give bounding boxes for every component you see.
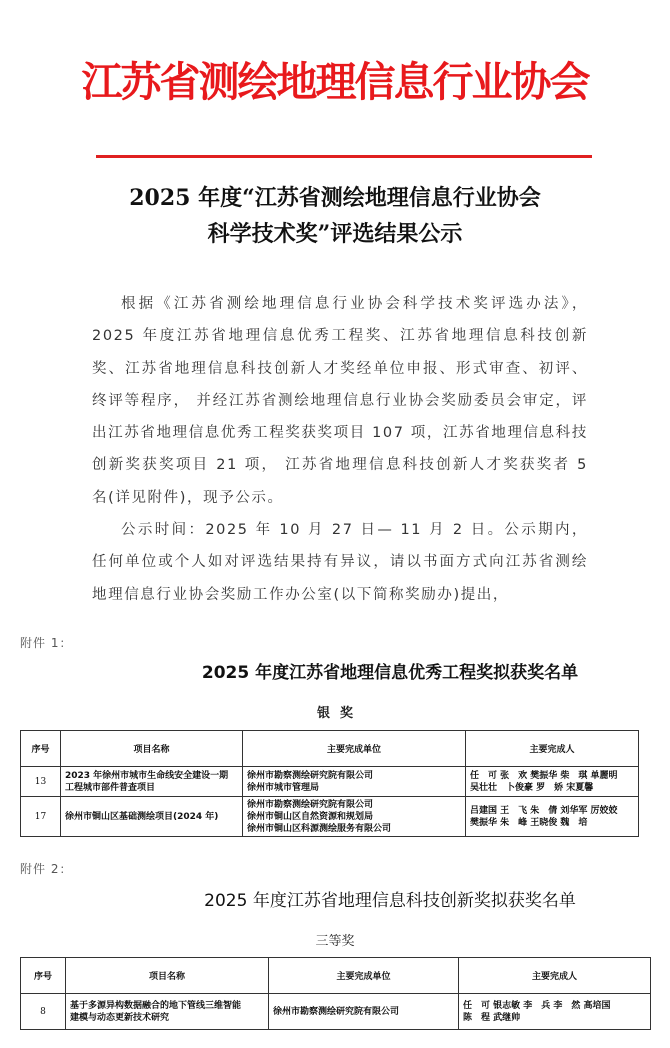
column-header-index: 序号 <box>21 731 61 767</box>
column-header-units: 主要完成单位 <box>269 958 459 994</box>
column-header-project: 项目名称 <box>61 731 243 767</box>
annex1-award-level: 银奖 <box>0 702 670 721</box>
project-line: 基于多源异构数据融合的地下管线三维智能 <box>70 1000 264 1012</box>
project-line: 徐州市铜山区基础测绘项目(2024 年) <box>65 811 238 823</box>
row-units: 徐州市勘察测绘研究院有限公司 徐州市铜山区自然资源和规划局 徐州市铜山区科源测绘… <box>243 797 466 837</box>
column-header-index: 序号 <box>21 958 66 994</box>
letterhead-red-rule <box>96 155 592 158</box>
document-title-line2: 科学技术奖”评选结果公示 <box>0 216 670 252</box>
unit-line: 徐州市勘察测绘研究院有限公司 <box>273 1006 454 1018</box>
row-units: 徐州市勘察测绘研究院有限公司 <box>269 994 459 1030</box>
project-line: 建模与动态更新技术研究 <box>70 1012 264 1024</box>
annex2-label: 附件 2： <box>20 860 72 877</box>
people-line: 吕建国 王 飞 朱 倩 刘华军 厉姣姣 <box>470 805 634 817</box>
annex1-label: 附件 1： <box>20 634 72 651</box>
column-header-project: 项目名称 <box>66 958 269 994</box>
body-paragraph-2: 公示时间：2025 年 10 月 27 日— 11 月 2 日。公示期内， 任何… <box>92 514 588 611</box>
project-line: 工程城市部件普查项目 <box>65 782 238 794</box>
row-people: 任 可 银志敏 李 兵 李 然 高培国 陈 程 武继帅 <box>459 994 651 1030</box>
column-header-people: 主要完成人 <box>459 958 651 994</box>
row-units: 徐州市勘察测绘研究院有限公司 徐州市城市管理局 <box>243 767 466 797</box>
annex2-award-level: 三等奖 <box>0 930 670 949</box>
body-paragraph-1: 根据《江苏省测绘地理信息行业协会科学技术奖评选办法》，2025 年度江苏省地理信… <box>92 288 588 514</box>
annex2-title: 2025 年度江苏省地理信息科技创新奖拟获奖名单 <box>140 886 640 911</box>
row-index: 17 <box>21 797 61 837</box>
table-header-row: 序号 项目名称 主要完成单位 主要完成人 <box>21 731 639 767</box>
project-line: 2023 年徐州市城市生命线安全建设一期 <box>65 770 238 782</box>
annex1-title: 2025 年度江苏省地理信息优秀工程奖拟获奖名单 <box>140 658 640 683</box>
people-line: 任 可 银志敏 李 兵 李 然 高培国 <box>463 1000 646 1012</box>
row-people: 任 可 张 欢 樊振华 柴 琪 单麗明 吴壮壮 卜俊豪 罗 娇 宋夏馨 <box>466 767 639 797</box>
annex2-table: 序号 项目名称 主要完成单位 主要完成人 8 基于多源异构数据融合的地下管线三维… <box>20 957 651 1030</box>
annex1-table: 序号 项目名称 主要完成单位 主要完成人 13 2023 年徐州市城市生命线安全… <box>20 730 639 837</box>
row-project: 徐州市铜山区基础测绘项目(2024 年) <box>61 797 243 837</box>
table-row: 8 基于多源异构数据融合的地下管线三维智能 建模与动态更新技术研究 徐州市勘察测… <box>21 994 651 1030</box>
table-row: 13 2023 年徐州市城市生命线安全建设一期 工程城市部件普查项目 徐州市勘察… <box>21 767 639 797</box>
row-project: 2023 年徐州市城市生命线安全建设一期 工程城市部件普查项目 <box>61 767 243 797</box>
letterhead-org-name: 江苏省测绘地理信息行业协会 <box>0 52 670 112</box>
table-row: 17 徐州市铜山区基础测绘项目(2024 年) 徐州市勘察测绘研究院有限公司 徐… <box>21 797 639 837</box>
unit-line: 徐州市城市管理局 <box>247 782 461 794</box>
people-line: 任 可 张 欢 樊振华 柴 琪 单麗明 <box>470 770 634 782</box>
row-index: 13 <box>21 767 61 797</box>
people-line: 樊振华 朱 峰 王晓俊 魏 培 <box>470 817 634 829</box>
table-header-row: 序号 项目名称 主要完成单位 主要完成人 <box>21 958 651 994</box>
row-people: 吕建国 王 飞 朱 倩 刘华军 厉姣姣 樊振华 朱 峰 王晓俊 魏 培 <box>466 797 639 837</box>
announcement-body: 根据《江苏省测绘地理信息行业协会科学技术奖评选办法》，2025 年度江苏省地理信… <box>92 288 588 611</box>
column-header-units: 主要完成单位 <box>243 731 466 767</box>
row-index: 8 <box>21 994 66 1030</box>
document-title: 2025 年度“江苏省测绘地理信息行业协会 科学技术奖”评选结果公示 <box>0 180 670 252</box>
document-title-line1: 2025 年度“江苏省测绘地理信息行业协会 <box>0 180 670 216</box>
row-project: 基于多源异构数据融合的地下管线三维智能 建模与动态更新技术研究 <box>66 994 269 1030</box>
unit-line: 徐州市勘察测绘研究院有限公司 <box>247 799 461 811</box>
people-line: 陈 程 武继帅 <box>463 1012 646 1024</box>
column-header-people: 主要完成人 <box>466 731 639 767</box>
unit-line: 徐州市铜山区科源测绘服务有限公司 <box>247 823 461 835</box>
people-line: 吴壮壮 卜俊豪 罗 娇 宋夏馨 <box>470 782 634 794</box>
unit-line: 徐州市勘察测绘研究院有限公司 <box>247 770 461 782</box>
unit-line: 徐州市铜山区自然资源和规划局 <box>247 811 461 823</box>
